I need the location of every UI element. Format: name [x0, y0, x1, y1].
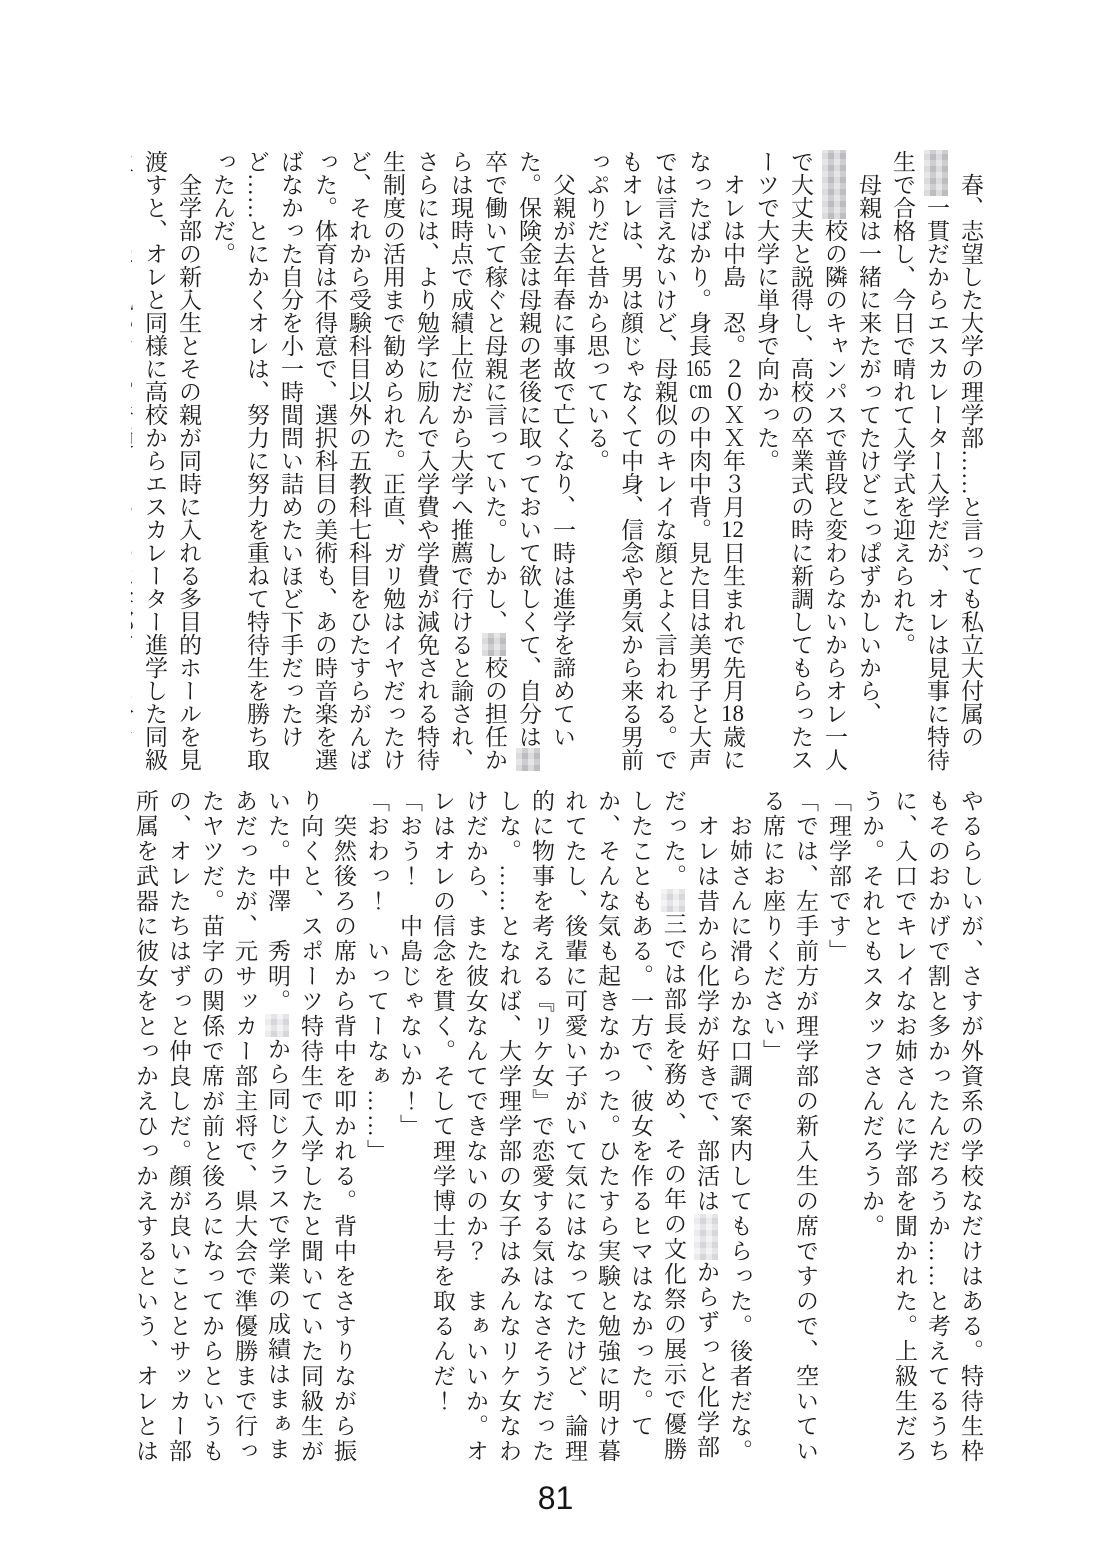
paragraph: 父親が去年春に事故で亡くなり、一時は進学を諦めていた。保険金は母親の老後に取って… [205, 150, 579, 776]
text-run: やるらしいが、さすが外資系の学校なだけはある。特待生枠もそのおかげで割と多かった… [859, 789, 983, 1464]
paragraph: オレは昔から化学が好きで、部活はからずっと化学部だった。三では部長を務め、その年… [426, 789, 723, 1471]
page-number: 81 [0, 1481, 1111, 1516]
text-run: オレは中島 忍。２０ＸＸ年３月 [720, 150, 745, 518]
paragraph: お姉さんに滑らかな口調で案内してもらった。後者だな。 [723, 789, 756, 1471]
paragraph: 突然後ろの席から背中を叩かれる。背中をさすりながら振り向くと、スポーツ特待生で入… [129, 789, 360, 1471]
text-run: オレは昔から化学が好きで、部活は [694, 789, 719, 1214]
paragraph: やるらしいが、さすが外資系の学校なだけはある。特待生枠もそのおかげで割と多かった… [855, 789, 987, 1471]
censor-mosaic [924, 150, 948, 196]
text-run: お姉さんに滑らかな口調で案内してもらった。後者だな。 [727, 789, 752, 1464]
tate-chu-yoko-number: 12 [720, 518, 745, 541]
text-run: 校の隣のキャンパスで普段と変わらないからオレ一人で大丈夫と説得し、高校の卒業式の… [754, 150, 847, 771]
paragraph: オレは中島 忍。２０ＸＸ年３月12日生まれで先月18歳になったばかり。身長165… [579, 150, 749, 776]
text-run: 卒で働いて稼ぐと母親に言っていた。しかし、 [482, 150, 507, 633]
tate-chu-yoko-number: 165 [686, 357, 711, 380]
text-run: 母親は一緒に来たがってたけどこっぱずかしいから、 [856, 150, 881, 725]
vertical-text-block-top: 春、志望した大学の理学部……と言っても私立大付属の一貫だからエスカレーター入学だ… [131, 150, 987, 776]
censor-mosaic [694, 1214, 718, 1260]
text-run: 「理学部です」 [826, 789, 851, 964]
text-run: 父親が去年春に事故で亡くなり、一時は進学を諦めていた。保険金は母親の老後に取って… [516, 150, 575, 748]
text-run: 校の担任からは現時点で成績上位だから大学へ推薦で行けると諭され、さらには、より勉… [210, 150, 507, 771]
paragraph: 母親は一緒に来たがってたけどこっぱずかしいから、校の隣のキャンパスで普段と変わら… [749, 150, 885, 776]
censor-mosaic [822, 150, 846, 219]
novel-page: 春、志望した大学の理学部……と言っても私立大付属の一貫だからエスカレーター入学だ… [0, 0, 1111, 1554]
paragraph: 「では、左手前方が理学部の新入生の席ですので、空いている席にお座りください」 [756, 789, 822, 1471]
paragraph: 春、志望した大学の理学部……と言っても私立大付属の一貫だからエスカレーター入学だ… [885, 150, 987, 776]
text-run: 「では、左手前方が理学部の新入生の席ですので、空いている席にお座りください」 [760, 789, 818, 1464]
text-run: 三では部長を務め、その年の文化祭の展示で優勝したこともある。一方で、彼女を作るヒ… [430, 789, 686, 1464]
paragraph: 「おう！ 中島じゃないか！」 [393, 789, 426, 1471]
vertical-text-block-bottom: やるらしいが、さすが外資系の学校なだけはある。特待生枠もそのおかげで割と多かった… [121, 789, 987, 1471]
censor-mosaic [661, 889, 685, 912]
tate-chu-yoko-number: 18 [720, 702, 745, 725]
paragraph: 全学部の新入生とその親が同時に入れる多目的ホールを見渡すと、オレと同様に高校から… [131, 150, 205, 776]
text-run: 「おう！ 中島じゃないか！」 [397, 789, 422, 1139]
censor-mosaic [516, 748, 540, 771]
text-run: 春、志望した大学の理学部……と言っても私立大付属の [958, 150, 983, 748]
paragraph: 「おわっ！ いってーなぁ……」 [360, 789, 393, 1471]
text-run: 「おわっ！ いってーなぁ……」 [364, 789, 389, 1164]
paragraph: 「理学部です」 [822, 789, 855, 1471]
censor-mosaic [265, 1014, 289, 1037]
text-run: 日生まれで先月 [720, 541, 745, 702]
text-run: 全学部の新入生とその親が同時に入れる多目的ホールを見渡すと、オレと同様に高校から… [131, 150, 201, 771]
censor-mosaic [482, 633, 506, 656]
text-run: 一貫だからエスカレーター入学だが、オレは見事に特待生で合格し、今日で晴れて入学式… [890, 150, 949, 771]
